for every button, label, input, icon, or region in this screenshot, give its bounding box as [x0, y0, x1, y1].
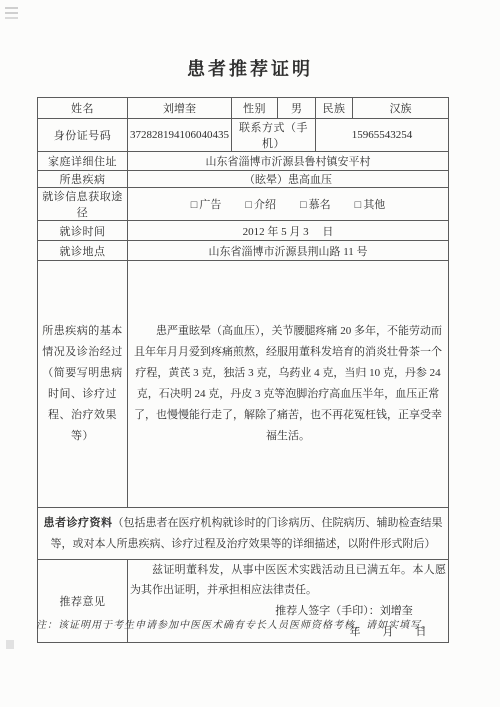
gender-value: 男	[278, 98, 316, 119]
option-reputation: □慕名	[300, 196, 331, 212]
records-title: 患者诊疗资料	[44, 517, 113, 529]
table-row: 所患疾病的基本情况及诊治经过（简要写明患病时间、诊疗过程、治疗效果等） 患严重眩…	[38, 261, 449, 508]
name-value: 刘增奎	[128, 98, 232, 119]
visit-time-value: 2012 年 5 月 3 日	[128, 221, 449, 241]
name-label: 姓名	[38, 98, 128, 119]
table-row: 就诊时间 2012 年 5 月 3 日	[38, 221, 449, 241]
address-label: 家庭详细住址	[38, 152, 128, 171]
address-value: 山东省淄博市沂源县鲁村镇安平村	[128, 152, 449, 171]
condition-text: 患严重眩晕（高血压），关节腰腿疼痛 20 多年，不能劳动而且年年月月爱到疼痛煎熬…	[130, 321, 446, 447]
option-other: □其他	[355, 196, 386, 212]
option-referral: □介绍	[245, 196, 276, 212]
table-row: 家庭详细住址 山东省淄博市沂源县鲁村镇安平村	[38, 152, 449, 171]
recommendation-text: 兹证明董科发，从事中医医术实践活动且已满五年。本人愿为其作出证明，并承担相应法律…	[130, 560, 446, 600]
info-source-options: □广告 □介绍 □慕名 □其他	[128, 188, 449, 221]
visit-time-label: 就诊时间	[38, 221, 128, 241]
checkbox-icon: □	[245, 199, 252, 211]
records-row: 患者诊疗资料（包括患者在医疗机构就诊时的门诊病历、住院病历、辅助检查结果等，或对…	[38, 508, 449, 560]
certificate-document: 患者推荐证明 姓名 刘增奎 性别 男 民族 汉族 身份证号码 372828194…	[0, 0, 500, 707]
condition-description: 患严重眩晕（高血压），关节腰腿疼痛 20 多年，不能劳动而且年年月月爱到疼痛煎熬…	[128, 261, 449, 508]
disease-value: （眩晕）患高血压	[128, 171, 449, 188]
option-label: 广告	[199, 199, 221, 211]
page-title: 患者推荐证明	[0, 55, 500, 81]
checkbox-icon: □	[300, 199, 307, 211]
table-row: 姓名 刘增奎 性别 男 民族 汉族	[38, 98, 449, 119]
scan-artifact	[6, 640, 14, 649]
visit-place-value: 山东省淄博市沂源县荆山路 11 号	[128, 241, 449, 261]
patient-form-table: 姓名 刘增奎 性别 男 民族 汉族 身份证号码 3728281941060404…	[37, 97, 449, 643]
id-number-value: 372828194106040435	[128, 119, 232, 152]
option-label: 慕名	[309, 199, 331, 211]
option-advertising: □广告	[191, 196, 222, 212]
contact-value: 15965543254	[316, 119, 449, 152]
info-source-label: 就诊信息获取途径	[38, 188, 128, 221]
footer-note: 注：该证明用于考生申请参加中医医术确有专长人员医师资格考核，请如实填写。	[36, 616, 476, 631]
disease-label: 所患疾病	[38, 171, 128, 188]
checkbox-icon: □	[355, 199, 362, 211]
contact-label: 联系方式（手机）	[232, 119, 316, 152]
table-row: 患者诊疗资料（包括患者在医疗机构就诊时的门诊病历、住院病历、辅助检查结果等，或对…	[38, 508, 449, 560]
checkbox-icon: □	[191, 199, 198, 211]
id-number-label: 身份证号码	[38, 119, 128, 152]
condition-label: 所患疾病的基本情况及诊治经过（简要写明患病时间、诊疗过程、治疗效果等）	[38, 261, 128, 508]
ethnicity-value: 汉族	[353, 98, 449, 119]
visit-place-label: 就诊地点	[38, 241, 128, 261]
table-row: 就诊信息获取途径 □广告 □介绍 □慕名 □其他	[38, 188, 449, 221]
table-row: 就诊地点 山东省淄博市沂源县荆山路 11 号	[38, 241, 449, 261]
table-row: 身份证号码 372828194106040435 联系方式（手机） 159655…	[38, 119, 449, 152]
table-row: 所患疾病 （眩晕）患高血压	[38, 171, 449, 188]
scan-artifact	[5, 7, 18, 9]
ethnicity-label: 民族	[316, 98, 353, 119]
gender-label: 性别	[232, 98, 278, 119]
option-label: 介绍	[254, 199, 276, 211]
option-label: 其他	[363, 199, 385, 211]
